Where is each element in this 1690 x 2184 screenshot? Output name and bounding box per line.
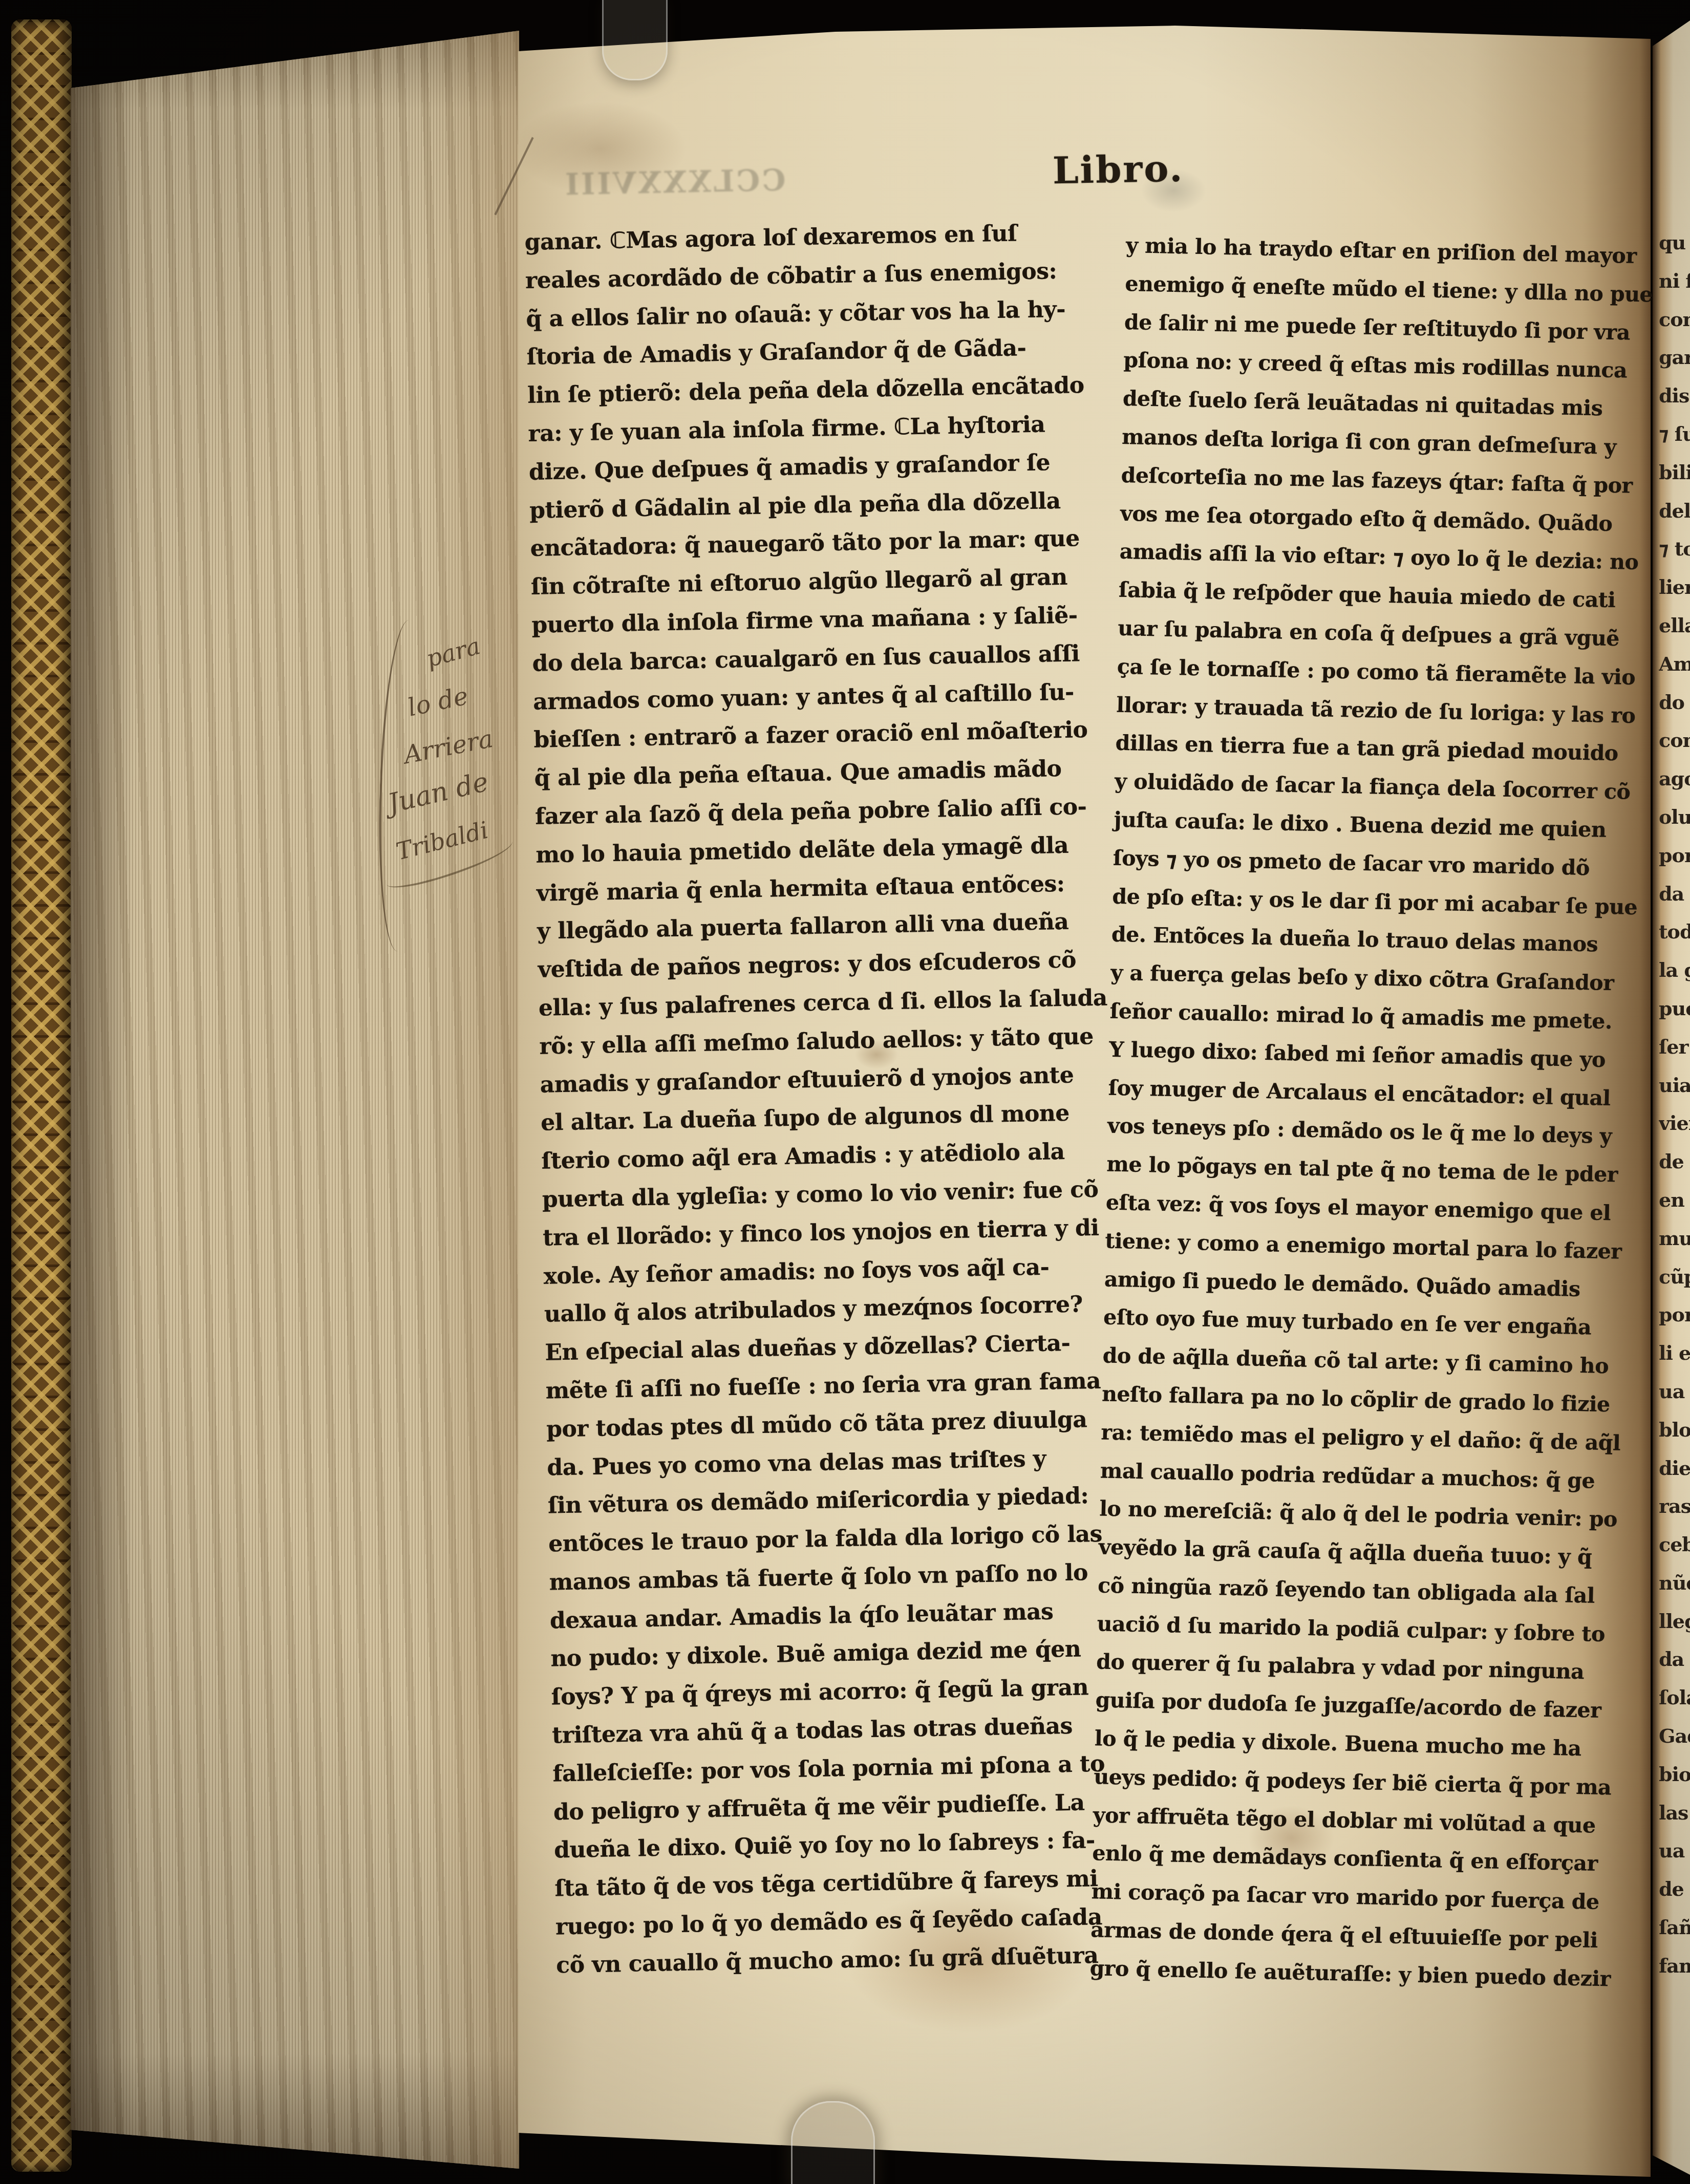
text-line-fragment: Gad (1659, 1717, 1690, 1755)
text-line-fragment: con (1659, 301, 1690, 339)
text-line-fragment: de m (1659, 1143, 1690, 1181)
text-line-fragment: oluid (1659, 798, 1690, 837)
open-book-photo: CCLXXXVIII Libro. ganar. ℂMas agora loſ … (0, 0, 1690, 2184)
text-line-fragment: todos (1659, 913, 1690, 951)
text-line-fragment: gar (1659, 338, 1690, 377)
text-line-fragment: blo c (1659, 1411, 1690, 1449)
text-line-fragment: uia. A (1659, 1066, 1690, 1105)
gilt-book-spine (11, 19, 72, 2172)
text-line-fragment: como (1659, 721, 1690, 760)
text-line-fragment: lierõ (1659, 568, 1690, 607)
fanned-page-edges (71, 0, 519, 2184)
text-line-fragment: en ſu (1659, 1181, 1690, 1219)
facing-page-edge: quni ſcongardis⁊ ſubiliadello⁊ tolierõel… (1653, 0, 1690, 2184)
text-line-fragment: ua en (1659, 1373, 1690, 1411)
text-line-fragment: por b (1659, 1296, 1690, 1334)
text-line-fragment: ſañu (1659, 1909, 1690, 1947)
text-line-fragment: puert (1659, 990, 1690, 1028)
text-line-fragment: llega (1659, 1602, 1690, 1641)
text-line-fragment: dello (1659, 492, 1690, 530)
running-title: Libro. (1052, 146, 1184, 192)
text-line-fragment: de cu (1659, 1870, 1690, 1909)
text-line-fragment: cebir (1659, 1526, 1690, 1564)
text-line-fragment: ⁊ ſu (1659, 415, 1690, 454)
marginalia-line: para (423, 632, 483, 673)
marginalia-line: lo de (405, 681, 470, 722)
text-line-fragment: diero (1659, 1449, 1690, 1488)
text-line-fragment: nũca (1659, 1564, 1690, 1602)
text-line-fragment: bio d (1659, 1755, 1690, 1794)
text-line-fragment: do de (1659, 683, 1690, 722)
text-line-fragment: ni ſ (1659, 262, 1690, 301)
marginalia-line: Arriera (401, 724, 495, 770)
text-line-fragment: da ab (1659, 875, 1690, 913)
facing-page-text-column: quni ſcongardis⁊ ſubiliadello⁊ tolierõel… (1659, 224, 1690, 1985)
text-line-fragment: Ama (1659, 645, 1690, 683)
text-line-fragment: ellas (1659, 607, 1690, 645)
text-line-fragment: ua m (1659, 1832, 1690, 1870)
text-line-fragment: por ſ (1659, 837, 1690, 875)
text-line-fragment: cũpli (1659, 1258, 1690, 1296)
text-line-fragment: ſola f (1659, 1679, 1690, 1717)
text-line-fragment: agora (1659, 760, 1690, 798)
text-line-fragment: li eſta (1659, 1334, 1690, 1373)
marginalia-line: Juan de (385, 766, 491, 819)
text-line-fragment: qu (1659, 224, 1690, 262)
text-line-fragment: bilia (1659, 454, 1690, 492)
text-line-fragment: fam (1659, 1947, 1690, 1985)
text-line-fragment: vieſſe (1659, 1104, 1690, 1143)
page-holder-clip-top (602, 0, 668, 80)
text-line-fragment: muge (1659, 1219, 1690, 1258)
text-line-fragment: dis (1659, 377, 1690, 415)
text-column-left: ganar. ℂMas agora loſ dexaremos en ſuſre… (524, 213, 1145, 1985)
text-line-fragment: ſer: c (1659, 1028, 1690, 1066)
text-line-fragment: ras le (1659, 1487, 1690, 1526)
text-line-fragment: las a (1659, 1794, 1690, 1832)
show-through-folio-number: CCLXXXVIII (563, 162, 786, 202)
page-holder-clip-bottom (791, 2101, 875, 2184)
text-line-fragment: ⁊ to (1659, 530, 1690, 568)
text-line-fragment: la gra (1659, 951, 1690, 990)
text-column-right: y mia lo ha traydo eſtar en priſion del … (1089, 226, 1638, 1998)
text-line-fragment: da en (1659, 1640, 1690, 1679)
